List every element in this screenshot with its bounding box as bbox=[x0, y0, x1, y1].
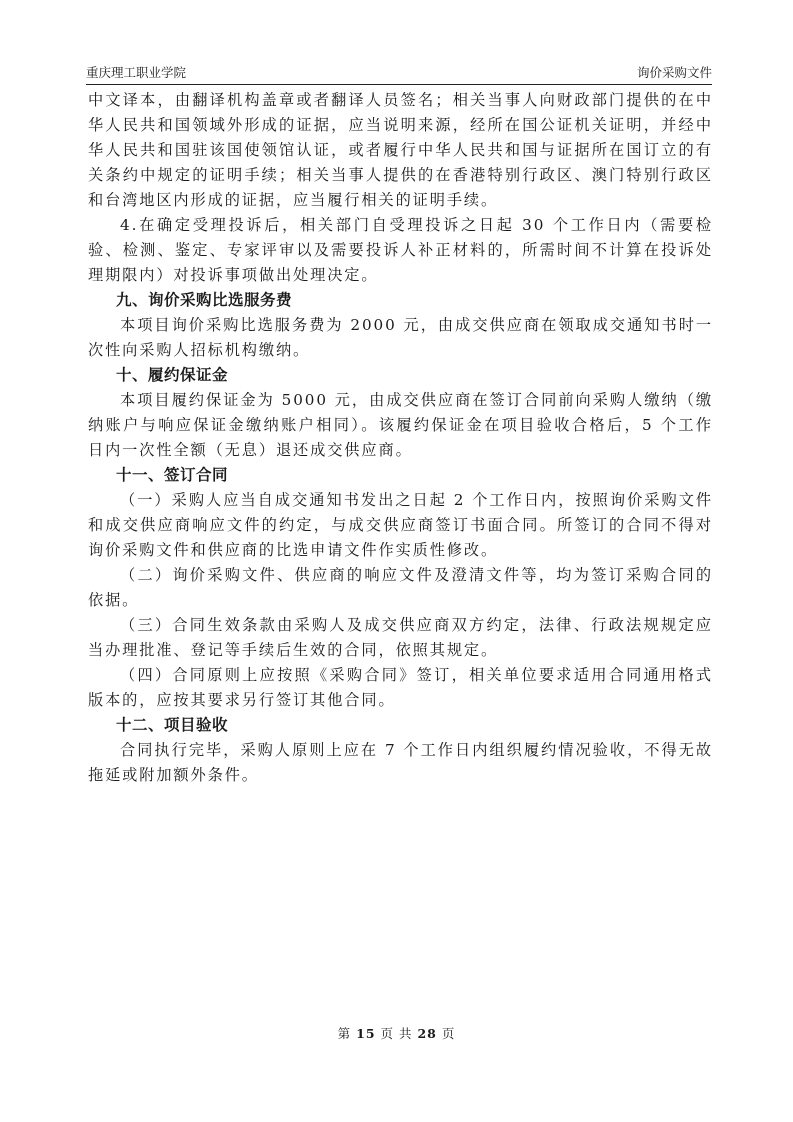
section-heading-12: 十二、项目验收 bbox=[88, 713, 713, 738]
page-header: 重庆理工职业学院 询价采购文件 bbox=[86, 64, 712, 85]
document-body: 中文译本，由翻译机构盖章或者翻译人员签名；相关当事人向财政部门提供的在中华人民共… bbox=[88, 88, 713, 788]
footer-prefix: 第 bbox=[338, 1026, 356, 1041]
footer-suffix: 页 bbox=[437, 1026, 455, 1041]
paragraph-evidence-translation: 中文译本，由翻译机构盖章或者翻译人员签名；相关当事人向财政部门提供的在中华人民共… bbox=[88, 88, 713, 213]
paragraph-service-fee: 本项目询价采购比选服务费为 2000 元，由成交供应商在领取成交通知书时一次性向… bbox=[88, 313, 713, 363]
header-institution: 重庆理工职业学院 bbox=[86, 63, 186, 81]
header-document-type: 询价采购文件 bbox=[637, 63, 712, 81]
paragraph-acceptance: 合同执行完毕，采购人原则上应在 7 个工作日内组织履约情况验收，不得无故拖延或附… bbox=[88, 738, 713, 788]
section-heading-11: 十一、签订合同 bbox=[88, 463, 713, 488]
paragraph-performance-bond: 本项目履约保证金为 5000 元，由成交供应商在签订合同前向采购人缴纳（缴纳账户… bbox=[88, 388, 713, 463]
page-footer: 第 15 页 共 28 页 bbox=[0, 1024, 793, 1042]
footer-middle: 页 共 bbox=[376, 1026, 418, 1041]
current-page-number: 15 bbox=[356, 1026, 375, 1041]
section-heading-10: 十、履约保证金 bbox=[88, 363, 713, 388]
paragraph-contract-1: （一）采购人应当自成交通知书发出之日起 2 个工作日内，按照询价采购文件和成交供… bbox=[88, 488, 713, 563]
paragraph-contract-2: （二）询价采购文件、供应商的响应文件及澄清文件等，均为签订采购合同的依据。 bbox=[88, 563, 713, 613]
total-page-count: 28 bbox=[417, 1026, 436, 1041]
paragraph-complaint-handling: 4.在确定受理投诉后，相关部门自受理投诉之日起 30 个工作日内（需要检验、检测… bbox=[88, 213, 713, 288]
paragraph-contract-3: （三）合同生效条款由采购人及成交供应商双方约定，法律、行政法规规定应当办理批准、… bbox=[88, 613, 713, 663]
section-heading-9: 九、询价采购比选服务费 bbox=[88, 288, 713, 313]
paragraph-contract-4: （四）合同原则上应按照《采购合同》签订，相关单位要求适用合同通用格式版本的，应按… bbox=[88, 663, 713, 713]
